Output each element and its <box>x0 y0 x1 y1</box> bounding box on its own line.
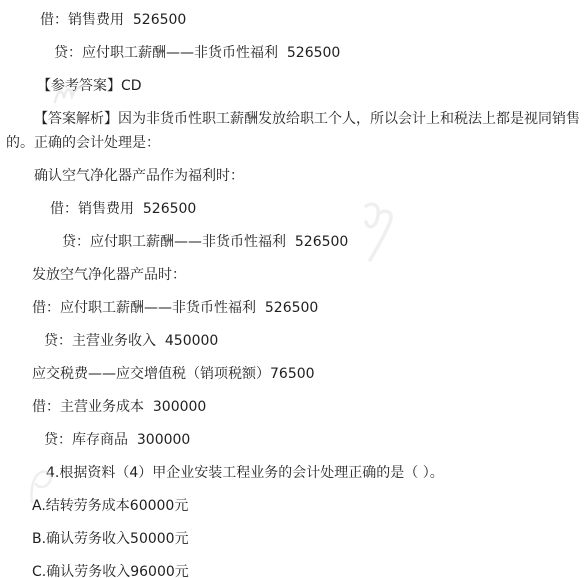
reference-answer: 【参考答案】CD <box>6 74 583 98</box>
journal-line-debit-payroll-welfare: 借：应付职工薪酬——非货币性福利 526500 <box>6 296 583 320</box>
journal-line-vat-output-tax: 应交税费——应交增值税（销项税额）76500 <box>6 362 583 386</box>
answer-analysis-paragraph: 【答案解析】因为非货币性职工薪酬发放给职工个人，所以会计上和税法上都是视同销售的… <box>6 107 583 155</box>
heading-issue-products: 发放空气净化器产品时： <box>6 263 583 287</box>
journal-line-credit-main-revenue: 贷：主营业务收入 450000 <box>6 329 583 353</box>
journal-line-debit-selling-expense-2: 借：销售费用 526500 <box>6 197 583 221</box>
journal-line-credit-payroll-welfare: 贷：应付职工薪酬——非货币性福利 526500 <box>6 41 583 65</box>
option-b: B.确认劳务收入50000元 <box>6 527 583 551</box>
option-a: A.结转劳务成本60000元 <box>6 494 583 518</box>
journal-line-debit-selling-expense: 借：销售费用 526500 <box>6 8 583 32</box>
question-4-text: 4.根据资料（4）甲企业安装工程业务的会计处理正确的是（ ）。 <box>6 461 583 485</box>
journal-line-debit-main-cost: 借：主营业务成本 300000 <box>6 395 583 419</box>
journal-line-credit-inventory: 贷：库存商品 300000 <box>6 428 583 452</box>
journal-line-credit-payroll-welfare-2: 贷：应付职工薪酬——非货币性福利 526500 <box>6 230 583 254</box>
document-page: 借：销售费用 526500 贷：应付职工薪酬——非货币性福利 526500 【参… <box>0 0 587 578</box>
option-c: C.确认劳务收入96000元 <box>6 560 583 578</box>
heading-confirm-welfare: 确认空气净化器产品作为福利时： <box>6 164 583 188</box>
